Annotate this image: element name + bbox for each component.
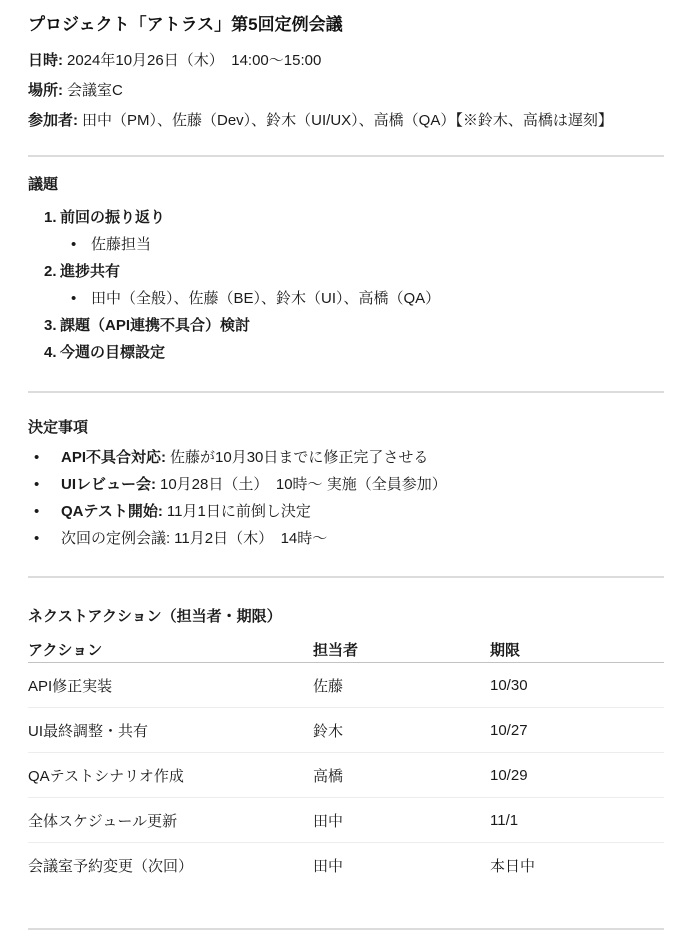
decision-label: API不具合対応: [61, 449, 166, 466]
agenda-item-text: 進捗共有 [60, 258, 120, 285]
table-cell: UI最終調整・共有 [28, 720, 313, 741]
decision-item: • UIレビュー会:10月28日（土） 10時～ 実施（全員参加） [28, 471, 664, 498]
decision-line: UIレビュー会:10月28日（土） 10時～ 実施（全員参加） [61, 471, 447, 498]
next-actions-table: アクション 担当者 期限 API修正実装 佐藤 10/30 UI最終調整・共有 … [28, 636, 664, 888]
horizontal-rule [28, 576, 664, 578]
table-cell: 本日中 [490, 855, 664, 876]
table-cell: 田中 [313, 810, 490, 831]
decision-list: • API不具合対応:佐藤が10月30日までに修正完了させる • UIレビュー会… [28, 444, 664, 552]
table-cell: 全体スケジュール更新 [28, 810, 313, 831]
agenda-subitem-text: 佐藤担当 [91, 231, 151, 258]
decision-item: • API不具合対応:佐藤が10月30日までに修正完了させる [28, 444, 664, 471]
section-heading-next-actions: ネクストアクション（担当者・期限） [28, 606, 664, 628]
table-row: 全体スケジュール更新 田中 11/1 [28, 798, 664, 843]
agenda-item-text: 前回の振り返り [60, 204, 165, 231]
table-header-cell: 期限 [490, 639, 664, 660]
table-cell: 10/30 [490, 677, 664, 694]
meta-label: 場所: [28, 82, 63, 99]
agenda-item-text: 課題（API連携不具合）検討 [60, 312, 250, 339]
document: プロジェクト「アトラス」第5回定例会議 日時:2024年10月26日（木） 14… [0, 0, 688, 930]
bullet-icon: • [34, 498, 61, 525]
page-title: プロジェクト「アトラス」第5回定例会議 [28, 14, 664, 36]
section-heading-decisions: 決定事項 [28, 417, 664, 439]
agenda-item: 2. 進捗共有 [28, 258, 664, 285]
agenda-list: 1. 前回の振り返り • 佐藤担当 2. 進捗共有 • 田中（全般）、佐藤（BE… [28, 204, 664, 366]
meta-row-attendees: 参加者:田中（PM）、佐藤（Dev）、鈴木（UI/UX）、高橋（QA）【※鈴木、… [28, 106, 664, 136]
table-row: UI最終調整・共有 鈴木 10/27 [28, 708, 664, 753]
decision-item: • 次回の定例会議:11月2日（木） 14時～ [28, 525, 664, 552]
table-row: 会議室予約変更（次回） 田中 本日中 [28, 843, 664, 888]
decision-text: 佐藤が10月30日までに修正完了させる [170, 449, 428, 466]
table-cell: 会議室予約変更（次回） [28, 855, 313, 876]
meta-value: 2024年10月26日（木） 14:00～15:00 [67, 52, 321, 69]
decision-text: 10月28日（土） 10時～ 実施（全員参加） [160, 476, 447, 493]
table-cell: 10/27 [490, 722, 664, 739]
list-number: 3. [44, 312, 60, 339]
agenda-item: 4. 今週の目標設定 [28, 339, 664, 366]
table-row: API修正実装 佐藤 10/30 [28, 663, 664, 708]
decision-text: 11月2日（木） 14時～ [174, 530, 327, 547]
agenda-item: 1. 前回の振り返り [28, 204, 664, 231]
table-cell: API修正実装 [28, 675, 313, 696]
table-cell: 11/1 [490, 812, 664, 829]
decision-label: 次回の定例会議: [61, 530, 170, 547]
agenda-item-text: 今週の目標設定 [60, 339, 165, 366]
decision-label: UIレビュー会: [61, 476, 156, 493]
decision-line: API不具合対応:佐藤が10月30日までに修正完了させる [61, 444, 428, 471]
table-cell: 佐藤 [313, 675, 490, 696]
agenda-subitem-text: 田中（全般）、佐藤（BE）、鈴木（UI）、高橋（QA） [91, 285, 440, 312]
table-header-cell: アクション [28, 639, 313, 660]
meta-label: 参加者: [28, 112, 78, 129]
meta-block: 日時:2024年10月26日（木） 14:00～15:00 場所:会議室C 参加… [28, 46, 664, 136]
decision-line: 次回の定例会議:11月2日（木） 14時～ [61, 525, 327, 552]
meta-row-location: 場所:会議室C [28, 76, 664, 106]
meta-row-datetime: 日時:2024年10月26日（木） 14:00～15:00 [28, 46, 664, 76]
bullet-icon: • [34, 525, 61, 552]
list-number: 2. [44, 258, 60, 285]
bullet-icon: • [71, 231, 91, 258]
table-cell: QAテストシナリオ作成 [28, 765, 313, 786]
table-header-row: アクション 担当者 期限 [28, 636, 664, 663]
bullet-icon: • [71, 285, 91, 312]
horizontal-rule [28, 391, 664, 393]
decision-label: QAテスト開始: [61, 503, 163, 520]
horizontal-rule [28, 155, 664, 157]
decision-text: 11月1日に前倒し決定 [167, 503, 311, 520]
meta-value: 会議室C [67, 82, 123, 99]
decision-item: • QAテスト開始:11月1日に前倒し決定 [28, 498, 664, 525]
meta-value: 田中（PM）、佐藤（Dev）、鈴木（UI/UX）、高橋（QA）【※鈴木、高橋は遅… [82, 112, 613, 129]
table-cell: 田中 [313, 855, 490, 876]
horizontal-rule [28, 928, 664, 930]
agenda-subitem: • 田中（全般）、佐藤（BE）、鈴木（UI）、高橋（QA） [28, 285, 664, 312]
table-cell: 10/29 [490, 767, 664, 784]
list-number: 4. [44, 339, 60, 366]
agenda-subitem: • 佐藤担当 [28, 231, 664, 258]
table-row: QAテストシナリオ作成 高橋 10/29 [28, 753, 664, 798]
decision-line: QAテスト開始:11月1日に前倒し決定 [61, 498, 311, 525]
table-header-cell: 担当者 [313, 639, 490, 660]
list-number: 1. [44, 204, 60, 231]
agenda-item: 3. 課題（API連携不具合）検討 [28, 312, 664, 339]
bullet-icon: • [34, 444, 61, 471]
meta-label: 日時: [28, 52, 63, 69]
table-cell: 高橋 [313, 765, 490, 786]
section-heading-agenda: 議題 [28, 174, 664, 196]
bullet-icon: • [34, 471, 61, 498]
table-cell: 鈴木 [313, 720, 490, 741]
